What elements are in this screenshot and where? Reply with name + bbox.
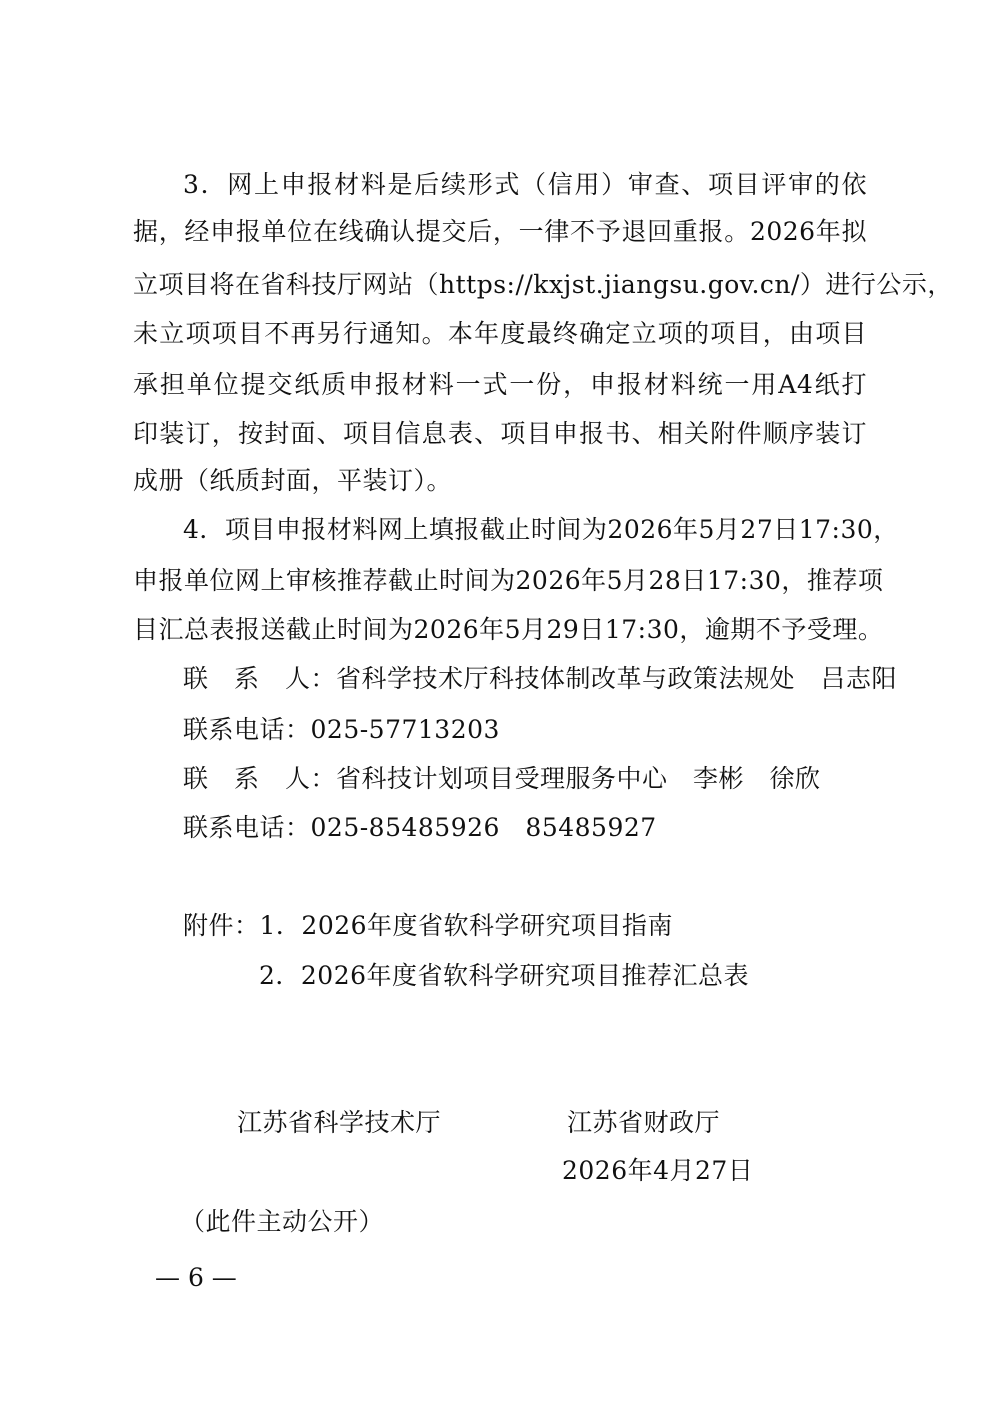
attachment-title: 1．2026年度省软科学研究项目指南 <box>260 911 674 940</box>
paragraph-line: 印装订，按封面、项目信息表、项目申报书、相关附件顺序装订 <box>133 418 867 450</box>
paragraph-line: 3．网上申报材料是后续形式（信用）审查、项目评审的依 <box>183 169 867 201</box>
paragraph-line: 据，经申报单位在线确认提交后，一律不予退回重报。2026年拟 <box>133 216 867 248</box>
paragraph-line: 承担单位提交纸质申报材料一式一份，申报材料统一用A4纸打 <box>133 369 867 401</box>
attachment-item-1: 附件：1．2026年度省软科学研究项目指南 <box>183 910 673 942</box>
paragraph-line: 申报单位网上审核推荐截止时间为2026年5月28日17:30，推荐项 <box>133 565 867 597</box>
paragraph-line: 4．项目申报材料网上填报截止时间为2026年5月27日17:30， <box>183 514 867 546</box>
contact-person-2: 联 系 人：省科技计划项目受理服务中心 李彬 徐欣 <box>183 763 821 795</box>
contact-person-1: 联 系 人：省科学技术厅科技体制改革与政策法规处 吕志阳 <box>183 663 897 695</box>
paragraph-line: 成册（纸质封面，平装订）。 <box>133 465 452 497</box>
issuer-science-department: 江苏省科学技术厅 <box>237 1107 441 1139</box>
contact-value: 025-85485926 85485927 <box>311 813 657 842</box>
contact-label: 联系电话： <box>183 715 311 744</box>
contact-value: 025-57713203 <box>311 715 500 744</box>
paragraph-line: 立项目将在省科技厅网站（https://kxjst.jiangsu.gov.cn… <box>133 269 867 301</box>
contact-label: 联系电话： <box>183 813 311 842</box>
issuer-finance-department: 江苏省财政厅 <box>567 1107 720 1139</box>
attachment-item-2: 2．2026年度省软科学研究项目推荐汇总表 <box>259 960 749 992</box>
contact-phone-1: 联系电话：025-57713203 <box>183 714 500 746</box>
attachments-label: 附件： <box>183 911 260 940</box>
page-number: — 6 — <box>155 1262 237 1294</box>
contact-value: 省科技计划项目受理服务中心 李彬 徐欣 <box>336 764 821 793</box>
document-page: 3．网上申报材料是后续形式（信用）审查、项目评审的依 据，经申报单位在线确认提交… <box>0 0 1000 1414</box>
contact-phone-2: 联系电话：025-85485926 85485927 <box>183 812 657 844</box>
disclosure-note: （此件主动公开） <box>180 1206 384 1238</box>
contact-label: 联 系 人： <box>183 764 336 793</box>
issue-date: 2026年4月27日 <box>562 1155 753 1187</box>
contact-label: 联 系 人： <box>183 664 336 693</box>
paragraph-line: 未立项项目不再另行通知。本年度最终确定立项的项目，由项目 <box>133 318 867 350</box>
paragraph-line: 目汇总表报送截止时间为2026年5月29日17:30，逾期不予受理。 <box>133 614 867 646</box>
contact-value: 省科学技术厅科技体制改革与政策法规处 吕志阳 <box>336 664 897 693</box>
